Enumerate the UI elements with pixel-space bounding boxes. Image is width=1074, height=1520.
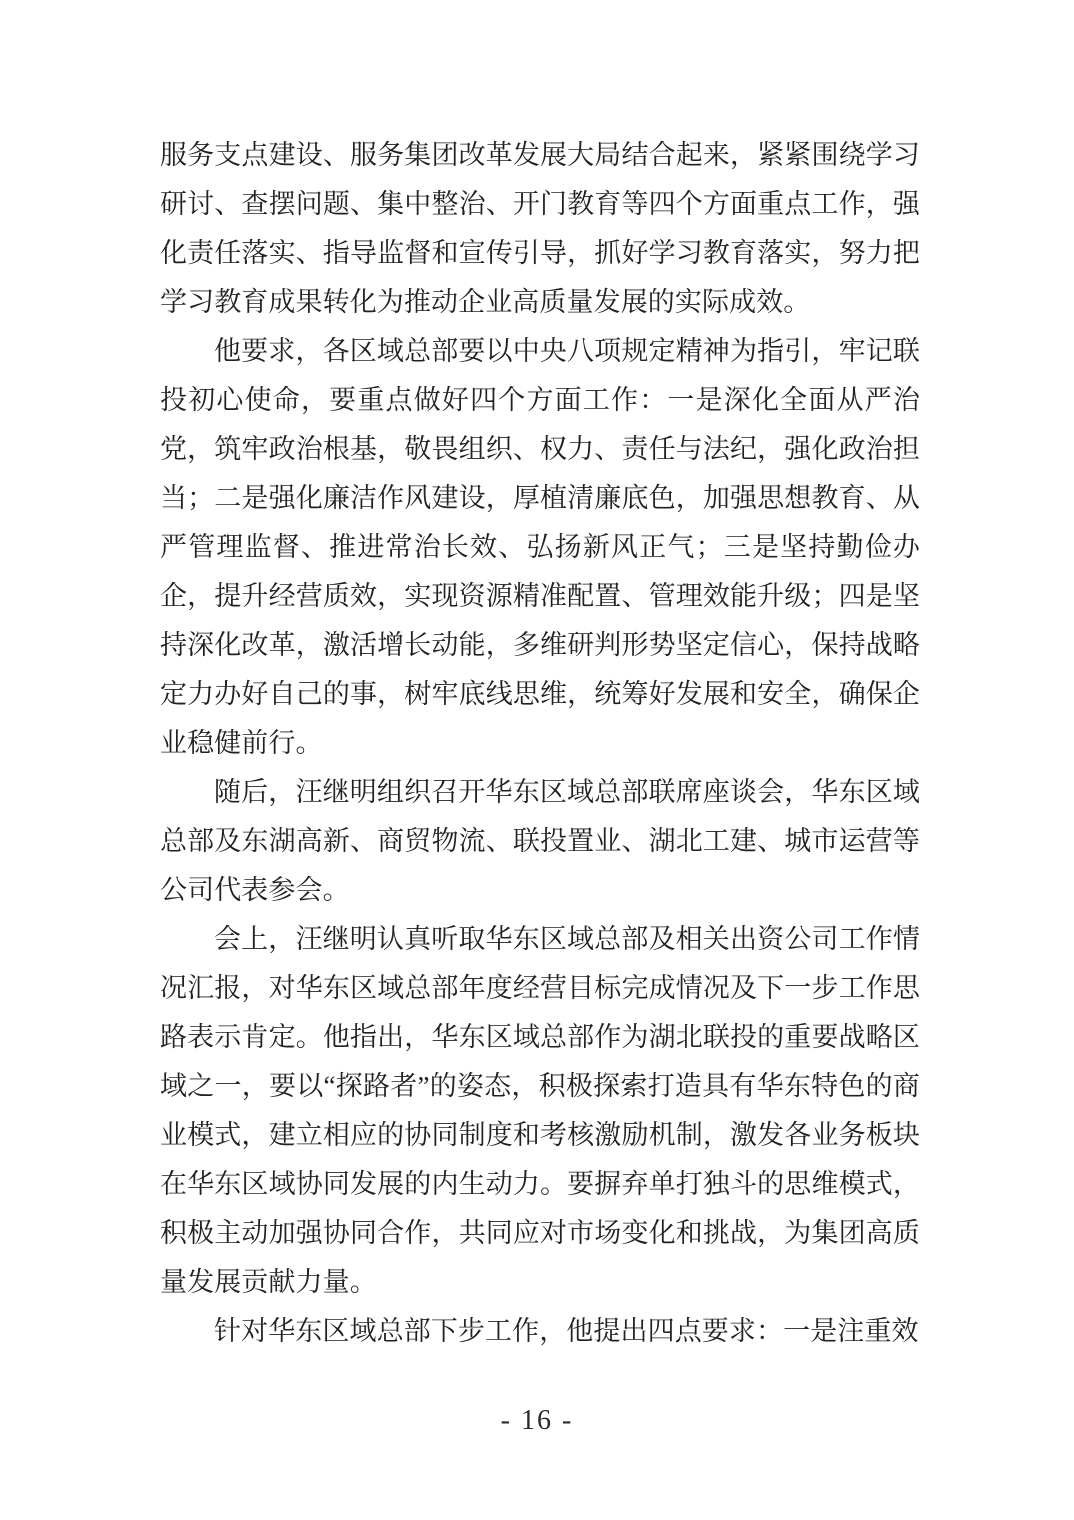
paragraph-requirements: 他要求，各区域总部要以中央八项规定精神为指引，牢记联投初心使命，要重点做好四个方… — [160, 327, 920, 768]
document-page: 服务支点建设、服务集团改革发展大局结合起来，紧紧围绕学习研讨、查摆问题、集中整治… — [0, 0, 1074, 1520]
paragraph-remarks: 会上，汪继明认真听取华东区域总部及相关出资公司工作情况汇报，对华东区域总部年度经… — [160, 915, 920, 1307]
paragraph-next-steps: 针对华东区域总部下步工作，他提出四点要求：一是注重效 — [160, 1307, 920, 1356]
document-body: 服务支点建设、服务集团改革发展大局结合起来，紧紧围绕学习研讨、查摆问题、集中整治… — [160, 131, 920, 1356]
paragraph-continuation: 服务支点建设、服务集团改革发展大局结合起来，紧紧围绕学习研讨、查摆问题、集中整治… — [160, 131, 920, 327]
page-number: - 16 - — [0, 1405, 1074, 1437]
paragraph-meeting: 随后，汪继明组织召开华东区域总部联席座谈会，华东区域总部及东湖高新、商贸物流、联… — [160, 768, 920, 915]
